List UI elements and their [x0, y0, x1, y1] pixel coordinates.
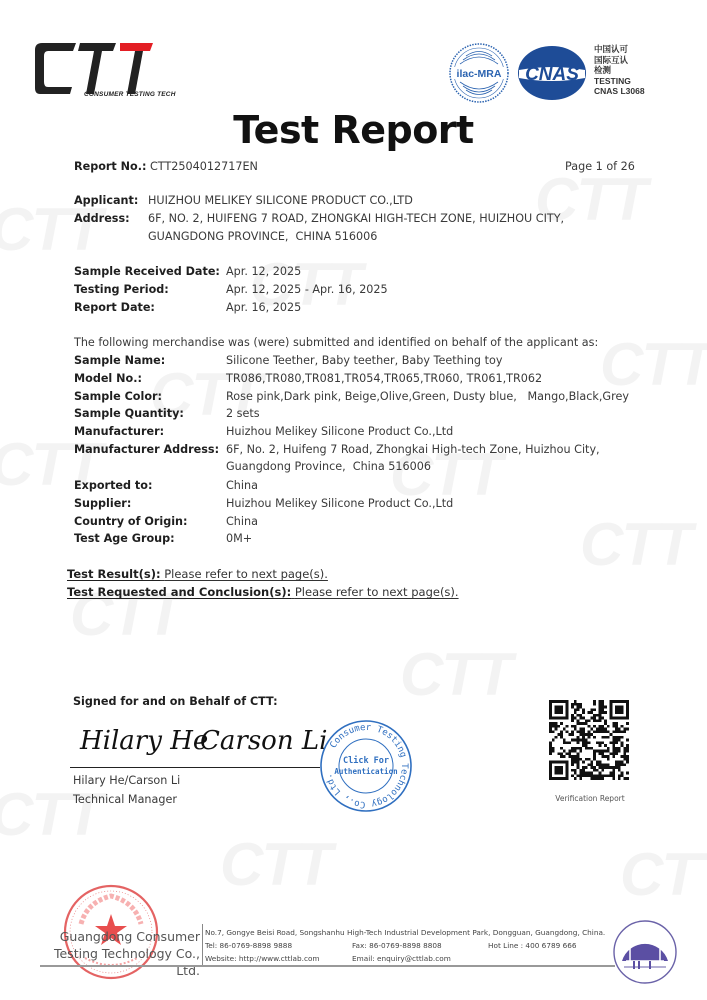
intro-text: The following merchandise was (were) sub… — [74, 336, 598, 350]
watermark: CTT — [580, 510, 691, 579]
signature-hilary: Hilary He — [80, 726, 208, 756]
page-title: Test Report — [0, 108, 707, 152]
field-value: Silicone Teether, Baby teether, Baby Tee… — [226, 354, 502, 368]
field-label: Testing Period: — [74, 283, 169, 297]
watermark: CTT — [0, 780, 101, 849]
footer-company-name: Guangdong Consumer Testing Technology Co… — [40, 928, 200, 979]
field-label: Manufacturer Address: — [74, 443, 219, 457]
field-label: Manufacturer: — [74, 425, 164, 439]
footer-address: No.7, Gongye Beisi Road, Songshanhu High… — [205, 928, 605, 937]
field-label: Sample Received Date: — [74, 265, 220, 279]
page-indicator: Page 1 of 26 — [565, 160, 635, 174]
cnas-line: 检测 — [594, 65, 645, 76]
field-value: China — [226, 515, 258, 529]
address-label: Address: — [74, 212, 130, 226]
field-label: Sample Color: — [74, 390, 162, 404]
company-line2: Testing Technology Co., Ltd. — [40, 945, 200, 979]
field-value: Apr. 12, 2025 — [226, 265, 301, 279]
report-number-value: CTT2504012717EN — [150, 160, 258, 173]
cnas-line: TESTING — [594, 76, 645, 87]
signature-line — [70, 767, 320, 768]
logo-tagline: CONSUMER TESTING TECH — [84, 91, 176, 98]
field-value: TR086,TR080,TR081,TR054,TR065,TR060, TR0… — [226, 372, 542, 386]
verification-qr-code[interactable] — [549, 700, 629, 780]
cnas-line: CNAS L3068 — [594, 86, 645, 97]
ilac-mra-logo: ilac-MRA — [448, 42, 510, 104]
field-value: China — [226, 479, 258, 493]
applicant-value: HUIZHOU MELIKEY SILICONE PRODUCT CO.,LTD — [148, 194, 413, 208]
applicant-label: Applicant: — [74, 194, 138, 208]
signature-carson: Carson Li — [200, 726, 327, 756]
svg-text:Authentication: Authentication — [334, 767, 397, 776]
test-conclusion-value: Please refer to next page(s). — [295, 585, 459, 599]
footer-divider — [40, 965, 615, 967]
field-label: Report Date: — [74, 301, 155, 315]
svg-text:CNAS: CNAS — [525, 64, 579, 85]
signatory-names: Hilary He/Carson Li — [73, 774, 180, 788]
cnas-accreditation-text: 中国认可 国际互认 检测 TESTING CNAS L3068 — [594, 44, 645, 97]
test-conclusion-label: Test Requested and Conclusion(s): — [67, 585, 291, 599]
report-number-label: Report No.: — [74, 160, 146, 173]
test-result-value: Please refer to next page(s). — [164, 567, 328, 581]
footer-hotline: Hot Line : 400 6789 666 — [488, 941, 577, 950]
field-value: 0M+ — [226, 532, 252, 546]
watermark: CTT — [400, 640, 511, 709]
qr-code-icon — [549, 700, 629, 780]
svg-text:Click For: Click For — [343, 755, 389, 766]
mascot-icon — [612, 919, 678, 985]
field-label: Country of Origin: — [74, 515, 187, 529]
field-label: Sample Quantity: — [74, 407, 184, 421]
footer-separator — [202, 924, 203, 965]
footer-tel: Tel: 86-0769-8898 9888 — [205, 941, 292, 950]
cnas-icon: CNAS — [516, 44, 588, 102]
address-line1: 6F, NO. 2, HUIFENG 7 ROAD, ZHONGKAI HIGH… — [148, 212, 564, 226]
footer-email[interactable]: Email: enquiry@cttlab.com — [352, 954, 451, 963]
field-label: Model No.: — [74, 372, 142, 386]
watermark: CTT — [620, 840, 707, 909]
field-value: Huizhou Melikey Silicone Product Co.,Ltd — [226, 425, 453, 439]
report-number: Report No.: CTT2504012717EN — [74, 160, 258, 174]
watermark: CTT — [220, 830, 331, 899]
ctt-logo: CONSUMER TESTING TECH — [32, 38, 154, 100]
cnas-logo: CNAS — [516, 44, 588, 102]
authentication-stamp-icon: Consumer Testing Technology Co., Ltd. Cl… — [318, 718, 414, 814]
test-result: Test Result(s): Please refer to next pag… — [67, 567, 328, 581]
authentication-stamp[interactable]: Consumer Testing Technology Co., Ltd. Cl… — [318, 718, 414, 814]
field-value: Rose pink,Dark pink, Beige,Olive,Green, … — [226, 390, 629, 404]
cnas-line: 国际互认 — [594, 55, 645, 66]
svg-text:ilac-MRA: ilac-MRA — [457, 68, 502, 80]
footer-website[interactable]: Website: http://www.cttlab.com — [205, 954, 320, 963]
signature-heading: Signed for and on Behalf of CTT: — [73, 695, 278, 709]
signatory-title: Technical Manager — [73, 793, 177, 807]
footer-fax: Fax: 86-0769-8898 8808 — [352, 941, 442, 950]
field-value: 2 sets — [226, 407, 260, 421]
field-label: Exported to: — [74, 479, 152, 493]
mascot-logo — [612, 919, 678, 985]
company-line1: Guangdong Consumer — [40, 928, 200, 945]
address-line2: GUANGDONG PROVINCE, CHINA 516006 — [148, 230, 377, 244]
field-value: Apr. 16, 2025 — [226, 301, 301, 315]
field-label: Sample Name: — [74, 354, 165, 368]
field-value: Apr. 12, 2025 - Apr. 16, 2025 — [226, 283, 388, 297]
ilac-mra-icon: ilac-MRA — [448, 42, 510, 104]
field-value: 6F, No. 2, Huifeng 7 Road, Zhongkai High… — [226, 443, 600, 457]
field-label: Test Age Group: — [74, 532, 175, 546]
manufacturer-address-line2: Guangdong Province, China 516006 — [226, 460, 431, 474]
qr-caption: Verification Report — [530, 794, 650, 803]
test-result-label: Test Result(s): — [67, 567, 161, 581]
test-conclusion: Test Requested and Conclusion(s): Please… — [67, 585, 459, 599]
field-value: Huizhou Melikey Silicone Product Co.,Ltd — [226, 497, 453, 511]
cnas-line: 中国认可 — [594, 44, 645, 55]
field-label: Supplier: — [74, 497, 131, 511]
